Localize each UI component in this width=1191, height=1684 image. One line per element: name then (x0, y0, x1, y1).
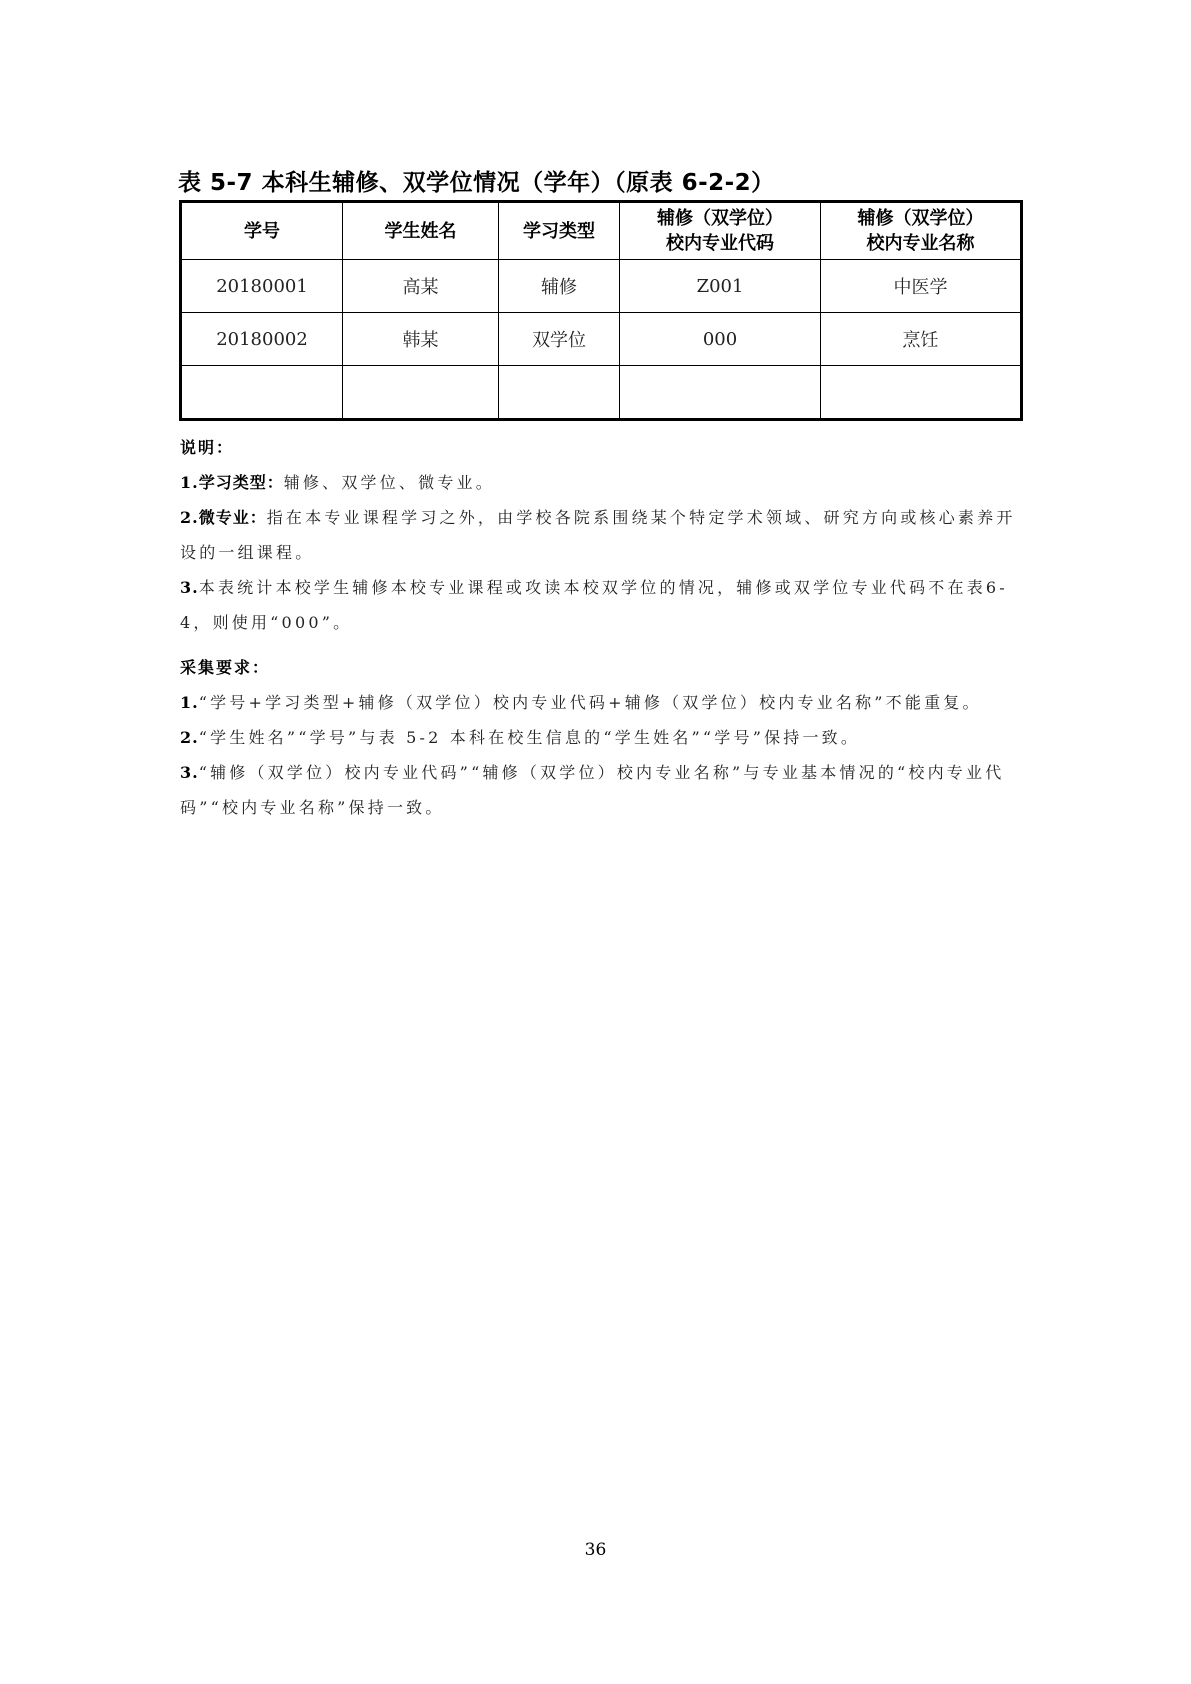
cell-student-name: 高某 (343, 260, 499, 313)
cell-student-id: 20180001 (181, 260, 343, 313)
column-header-major-code: 辅修（双学位）校内专业代码 (620, 202, 821, 260)
notes-section: 说明： 1.学习类型：辅修、双学位、微专业。 2.微专业：指在本专业课程学习之外… (180, 430, 1025, 825)
cell-major-name: 中医学 (821, 260, 1022, 313)
table-row-empty (181, 366, 1022, 420)
table-row: 20180002 韩某 双学位 000 烹饪 (181, 313, 1022, 366)
requirement-item-3: 3.“辅修（双学位）校内专业代码”“辅修（双学位）校内专业名称”与专业基本情况的… (180, 755, 1025, 825)
cell-major-code (620, 366, 821, 420)
column-header-study-type: 学习类型 (499, 202, 620, 260)
cell-major-code: 000 (620, 313, 821, 366)
cell-study-type: 辅修 (499, 260, 620, 313)
cell-major-name (821, 366, 1022, 420)
cell-student-name: 韩某 (343, 313, 499, 366)
data-table: 学号 学生姓名 学习类型 辅修（双学位）校内专业代码 辅修（双学位）校内专业名称… (179, 200, 1023, 421)
requirement-item-1: 1.“学号+学习类型+辅修（双学位）校内专业代码+辅修（双学位）校内专业名称”不… (180, 685, 1025, 720)
notes-heading: 说明： (180, 430, 1025, 465)
page-title: 表 5-7 本科生辅修、双学位情况（学年）（原表 6-2-2） (178, 164, 775, 197)
requirement-item-2: 2.“学生姓名”“学号”与表 5-2 本科在校生信息的“学生姓名”“学号”保持一… (180, 720, 1025, 755)
column-header-student-id: 学号 (181, 202, 343, 260)
cell-student-id: 20180002 (181, 313, 343, 366)
cell-major-code: Z001 (620, 260, 821, 313)
page-number: 36 (0, 1540, 1191, 1560)
note-item-1: 1.学习类型：辅修、双学位、微专业。 (180, 465, 1025, 500)
column-header-major-name: 辅修（双学位）校内专业名称 (821, 202, 1022, 260)
cell-student-id (181, 366, 343, 420)
cell-student-name (343, 366, 499, 420)
note-item-2: 2.微专业：指在本专业课程学习之外，由学校各院系围绕某个特定学术领域、研究方向或… (180, 500, 1025, 570)
requirements-heading: 采集要求： (180, 650, 1025, 685)
table-row: 20180001 高某 辅修 Z001 中医学 (181, 260, 1022, 313)
note-item-3: 3.本表统计本校学生辅修本校专业课程或攻读本校双学位的情况，辅修或双学位专业代码… (180, 570, 1025, 640)
table-header-row: 学号 学生姓名 学习类型 辅修（双学位）校内专业代码 辅修（双学位）校内专业名称 (181, 202, 1022, 260)
cell-study-type (499, 366, 620, 420)
cell-study-type: 双学位 (499, 313, 620, 366)
column-header-student-name: 学生姓名 (343, 202, 499, 260)
cell-major-name: 烹饪 (821, 313, 1022, 366)
